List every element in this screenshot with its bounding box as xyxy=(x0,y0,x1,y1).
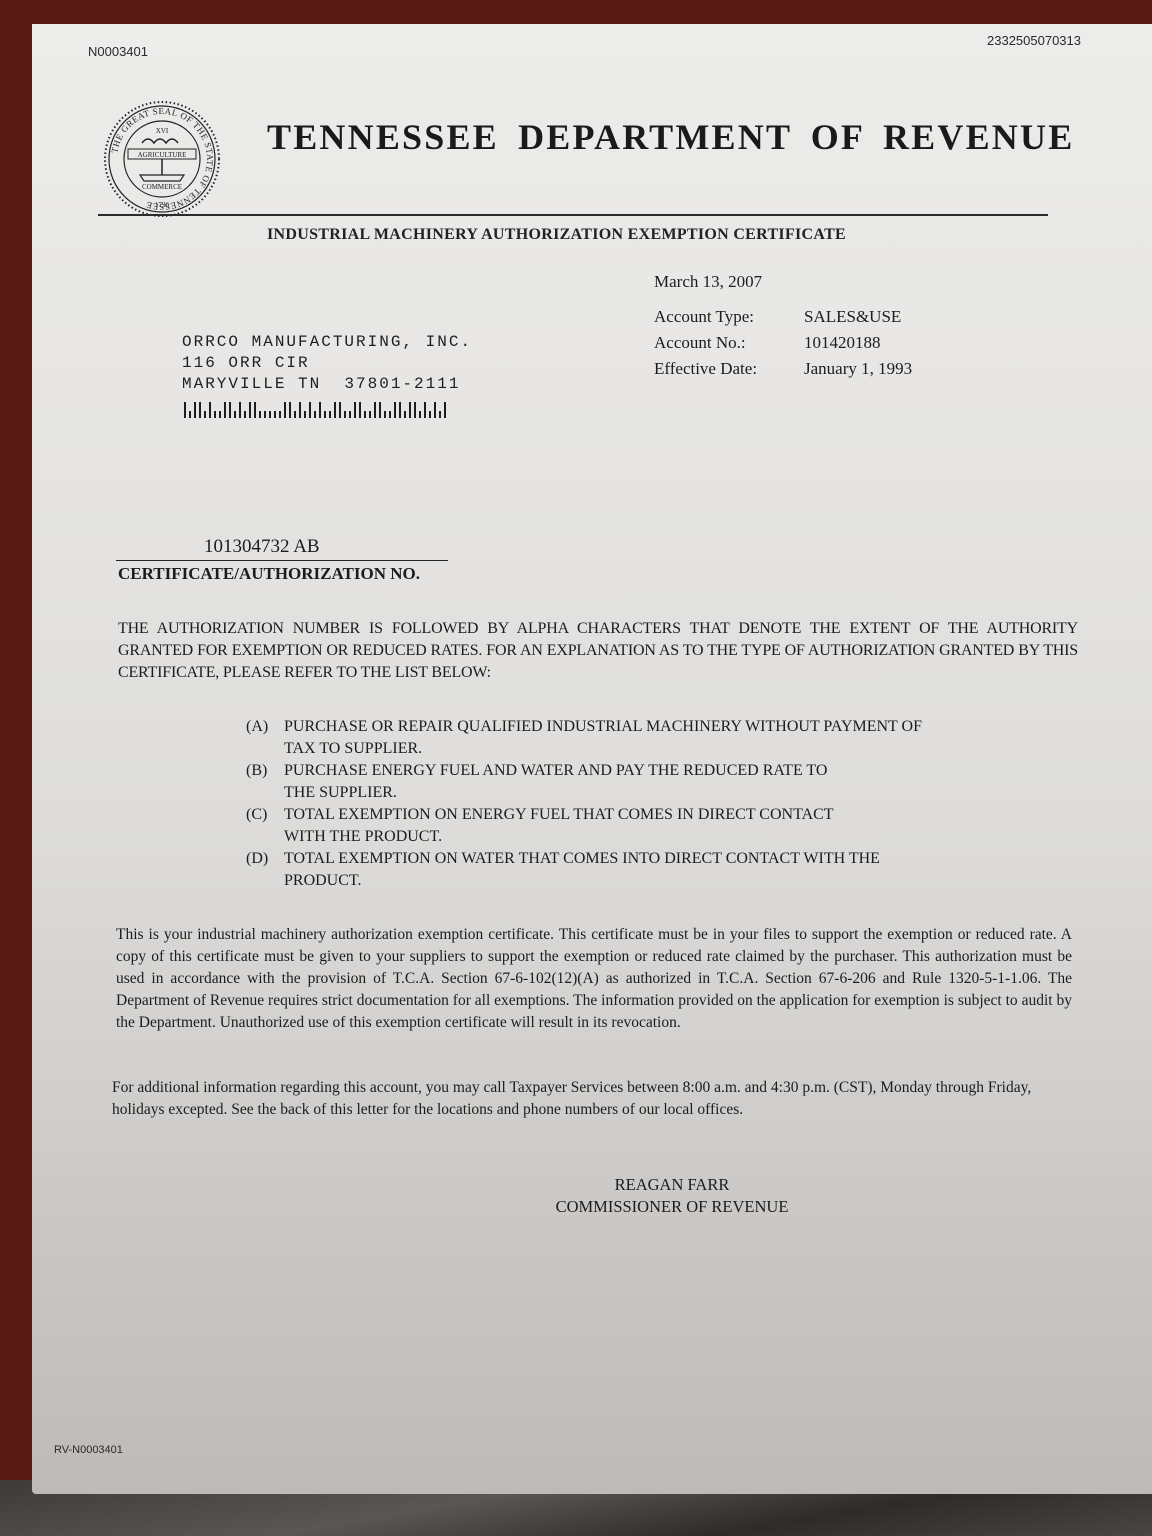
certificate-number-label: CERTIFICATE/AUTHORIZATION NO. xyxy=(118,564,420,584)
address-line-2: 116 ORR CIR xyxy=(182,353,472,374)
form-footer-id: RV-N0003401 xyxy=(54,1444,123,1456)
svg-text:XVI: XVI xyxy=(156,127,169,135)
list-item-key: (B) xyxy=(246,760,284,804)
account-type-value: SALES&USE xyxy=(804,304,901,330)
intro-paragraph: THE AUTHORIZATION NUMBER IS FOLLOWED BY … xyxy=(118,618,1078,684)
account-type-row: Account Type: SALES&USE xyxy=(654,304,912,330)
effective-date-label: Effective Date: xyxy=(654,356,804,382)
certificate-number-underline xyxy=(116,560,448,561)
signer-name: REAGAN FARR xyxy=(532,1174,812,1196)
postal-barcode xyxy=(184,402,446,418)
list-item: (C) TOTAL EXEMPTION ON ENERGY FUEL THAT … xyxy=(246,804,936,848)
address-line-1: ORRCO MANUFACTURING, INC. xyxy=(182,332,472,353)
list-item-key: (C) xyxy=(246,804,284,848)
svg-text:AGRICULTURE: AGRICULTURE xyxy=(138,151,187,159)
list-item-text: TOTAL EXEMPTION ON ENERGY FUEL THAT COME… xyxy=(284,804,844,848)
certificate-number: 101304732 AB xyxy=(204,536,320,558)
list-item-key: (A) xyxy=(246,716,284,760)
list-item-text: PURCHASE ENERGY FUEL AND WATER AND PAY T… xyxy=(284,760,844,804)
list-item-key: (D) xyxy=(246,848,284,892)
list-item: (B) PURCHASE ENERGY FUEL AND WATER AND P… xyxy=(246,760,936,804)
svg-text:1796: 1796 xyxy=(155,201,170,209)
signer-title: COMMISSIONER OF REVENUE xyxy=(532,1196,812,1218)
document-id-top-right: 2332505070313 xyxy=(987,33,1081,48)
effective-date-row: Effective Date: January 1, 1993 xyxy=(654,356,912,382)
account-number-row: Account No.: 101420188 xyxy=(654,330,912,356)
document-id-top-left: N0003401 xyxy=(88,44,148,59)
list-item: (A) PURCHASE OR REPAIR QUALIFIED INDUSTR… xyxy=(246,716,936,760)
page-title: TENNESSEE DEPARTMENT OF REVENUE xyxy=(267,116,1074,158)
svg-text:COMMERCE: COMMERCE xyxy=(142,183,182,191)
list-item: (D) TOTAL EXEMPTION ON WATER THAT COMES … xyxy=(246,848,936,892)
list-item-text: TOTAL EXEMPTION ON WATER THAT COMES INTO… xyxy=(284,848,904,892)
account-info: Account Type: SALES&USE Account No.: 101… xyxy=(654,304,912,382)
signature-block: REAGAN FARR COMMISSIONER OF REVENUE xyxy=(532,1174,812,1218)
effective-date-value: January 1, 1993 xyxy=(804,356,912,382)
certificate-subtitle: INDUSTRIAL MACHINERY AUTHORIZATION EXEMP… xyxy=(267,226,846,244)
certificate-page: N0003401 2332505070313 THE GREAT SEAL OF… xyxy=(32,24,1152,1494)
body-paragraph-2: For additional information regarding thi… xyxy=(112,1077,1072,1121)
account-number-value: 101420188 xyxy=(804,330,881,356)
letter-date: March 13, 2007 xyxy=(654,272,762,292)
authorization-list: (A) PURCHASE OR REPAIR QUALIFIED INDUSTR… xyxy=(246,716,936,892)
mailing-address: ORRCO MANUFACTURING, INC. 116 ORR CIR MA… xyxy=(182,332,472,395)
state-seal-icon: THE GREAT SEAL OF THE STATE OF TENNESSEE… xyxy=(102,99,222,219)
account-type-label: Account Type: xyxy=(654,304,804,330)
address-line-3: MARYVILLE TN 37801-2111 xyxy=(182,374,472,395)
header-divider xyxy=(98,214,1048,216)
account-number-label: Account No.: xyxy=(654,330,804,356)
body-paragraph-1: This is your industrial machinery author… xyxy=(116,924,1072,1034)
list-item-text: PURCHASE OR REPAIR QUALIFIED INDUSTRIAL … xyxy=(284,716,936,760)
